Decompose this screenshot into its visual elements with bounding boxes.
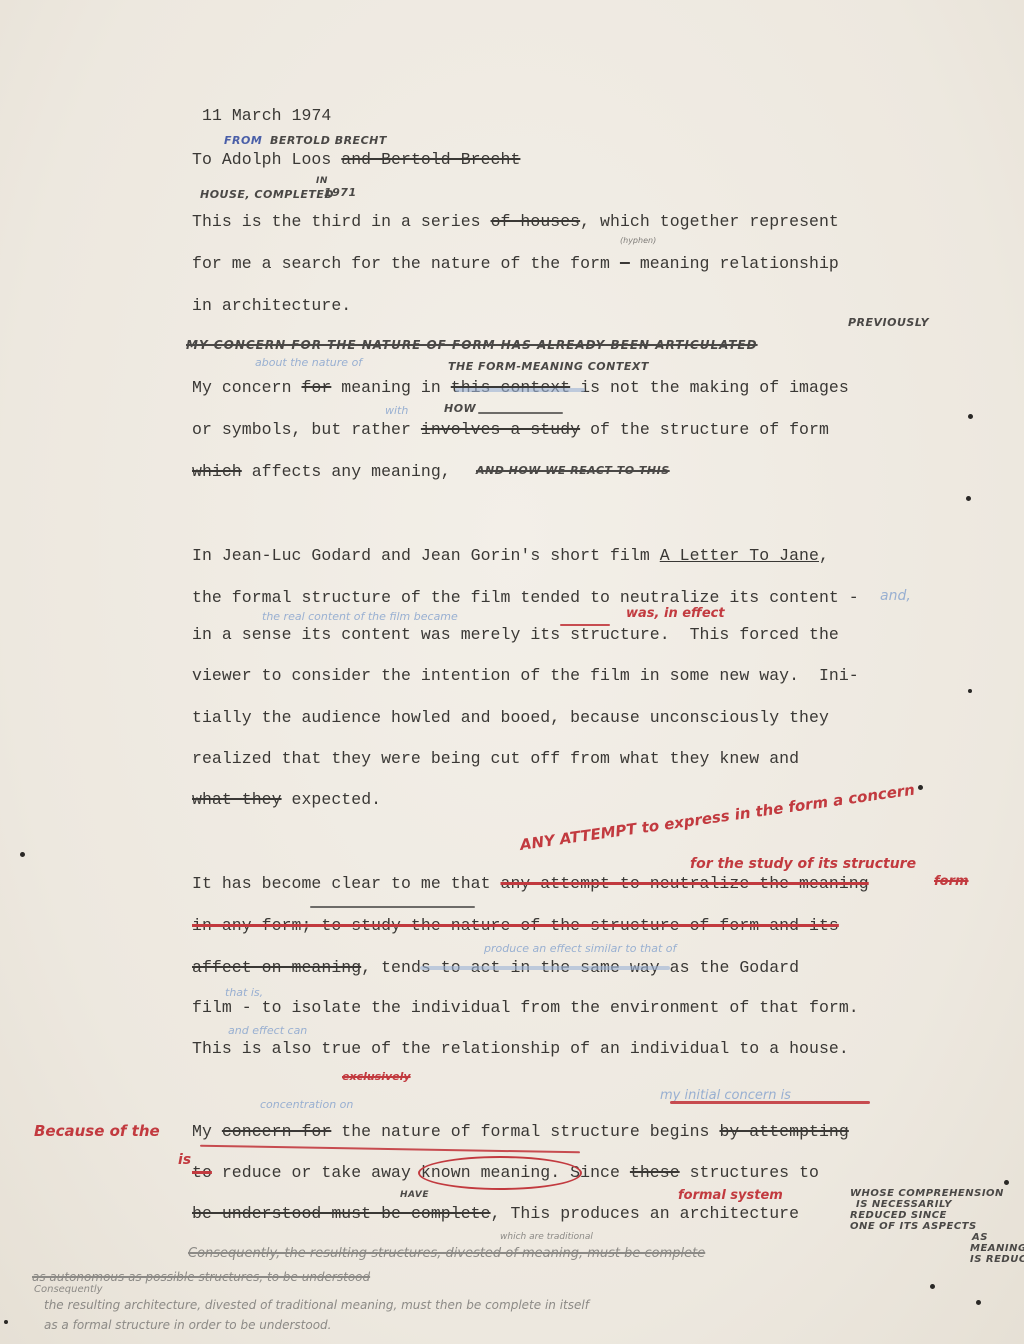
red-insert-1: ANY ATTEMPT to express in the form a con… (519, 781, 916, 854)
annotation-previously: PREVIOUSLY (848, 316, 929, 329)
p5-line-3: be understood must be complete, This pro… (192, 1204, 799, 1223)
paper-speck (968, 414, 973, 419)
bottom-note-line-2: as autonomous as possible structures, to… (32, 1270, 370, 1284)
p4-line-5: This is also true of the relationship of… (192, 1039, 849, 1058)
paper-speck (20, 852, 25, 857)
red-arrow-line (200, 1145, 580, 1154)
pencil-mark-2 (310, 906, 475, 908)
bottom-note-line-4: as a formal structure in order to be und… (44, 1318, 331, 1332)
red-formal-system: formal system (678, 1188, 783, 1203)
dedication-kept: To Adolph Loos (192, 150, 341, 169)
p3-line-6: realized that they were being cut off fr… (192, 749, 799, 768)
paper-speck (966, 496, 971, 501)
paper-speck (930, 1284, 935, 1289)
p1-line-2: for me a search for the nature of the fo… (192, 254, 839, 273)
annotation-how: HOW (444, 402, 476, 415)
p4-line-1: It has become clear to me that any attem… (192, 874, 869, 893)
red-insert-2: for the study of its structure (690, 856, 916, 872)
p3-line-3: in a sense its content was merely its st… (192, 625, 839, 644)
blue-note-with: with (385, 404, 408, 417)
p2-line-2: or symbols, but rather involves a study … (192, 420, 829, 439)
p2-line-3: which affects any meaning, (192, 462, 461, 481)
pencil-have: HAVE (400, 1190, 429, 1200)
blue-note-effect: and effect can (228, 1024, 307, 1037)
p3-line-5: tially the audience howled and booed, be… (192, 708, 829, 727)
paper-speck (4, 1320, 8, 1324)
blue-highlight-2 (420, 966, 670, 970)
paper-speck (918, 785, 923, 790)
manuscript-page: 11 March 1974 FROM BERTOLD BRECHT To Ado… (0, 0, 1024, 1344)
film-title: A Letter To Jane (660, 546, 819, 565)
annotation-from: FROM (224, 134, 262, 147)
bottom-note-line-3: the resulting architecture, divested of … (44, 1298, 589, 1312)
p4-line-4: film - to isolate the individual from th… (192, 998, 859, 1017)
dedication-struck: and Bertold Brecht (341, 150, 520, 169)
blue-note-real-content: the real content of the film became (262, 610, 458, 623)
red-struck-margin: form (934, 874, 969, 889)
red-note-in-effect: was, in effect (626, 606, 725, 621)
p3-line-2: the formal structure of the film tended … (192, 588, 859, 607)
paper-speck (968, 689, 972, 693)
struck-tail: AND HOW WE REACT TO THIS (476, 464, 670, 477)
red-margin-because: Because of the (34, 1122, 160, 1140)
annotation-year: 1971 (324, 186, 357, 199)
p1-line-1: This is the third in a series of houses,… (192, 212, 839, 231)
bottom-note-above: which are traditional (500, 1232, 593, 1242)
struck-handwritten-sentence: MY CONCERN FOR THE NATURE OF FORM HAS AL… (186, 338, 758, 352)
p3-line-7: what they expected. (192, 790, 381, 809)
p1-line-3: in architecture. (192, 296, 351, 315)
date-line: 11 March 1974 (202, 106, 331, 125)
red-strike-initial (670, 1101, 870, 1104)
margin-note-right: WHOSE COMPREHENSION IS NECESSARILY REDUC… (850, 1188, 1004, 1265)
red-circle (418, 1156, 582, 1190)
paper-speck (976, 1300, 981, 1305)
red-is: is (178, 1152, 191, 1168)
blue-highlight (455, 388, 585, 392)
p5-line-1: My concern for the nature of formal stru… (192, 1122, 849, 1141)
p4-line-2: in any form; to study the nature of the … (192, 916, 839, 935)
p3-line-1: In Jean-Luc Godard and Jean Gorin's shor… (192, 546, 829, 565)
p3-line-4: viewer to consider the intention of the … (192, 666, 859, 685)
blue-note-concentration: concentration on (260, 1098, 353, 1111)
pencil-mark (478, 412, 563, 414)
blue-note-and: and, (880, 588, 911, 604)
insert-form-meaning: THE FORM-MEANING CONTEXT (448, 360, 649, 373)
annotation-house: HOUSE, COMPLETED (200, 188, 334, 201)
dedication-line: To Adolph Loos and Bertold Brecht (192, 150, 520, 169)
annotation-in: in (316, 176, 328, 186)
blue-note-about: about the nature of (255, 356, 362, 369)
annotation-brecht: BERTOLD BRECHT (270, 134, 387, 147)
hyphen-note: (hyphen) (620, 236, 656, 245)
paper-speck (1004, 1180, 1009, 1185)
bottom-note-line-1: Consequently, the resulting structures, … (188, 1246, 705, 1261)
red-exclusively: exclusively (342, 1070, 411, 1083)
bottom-note-consequently: Consequently (34, 1284, 103, 1295)
blue-note-produce: produce an effect similar to that of (484, 942, 676, 955)
